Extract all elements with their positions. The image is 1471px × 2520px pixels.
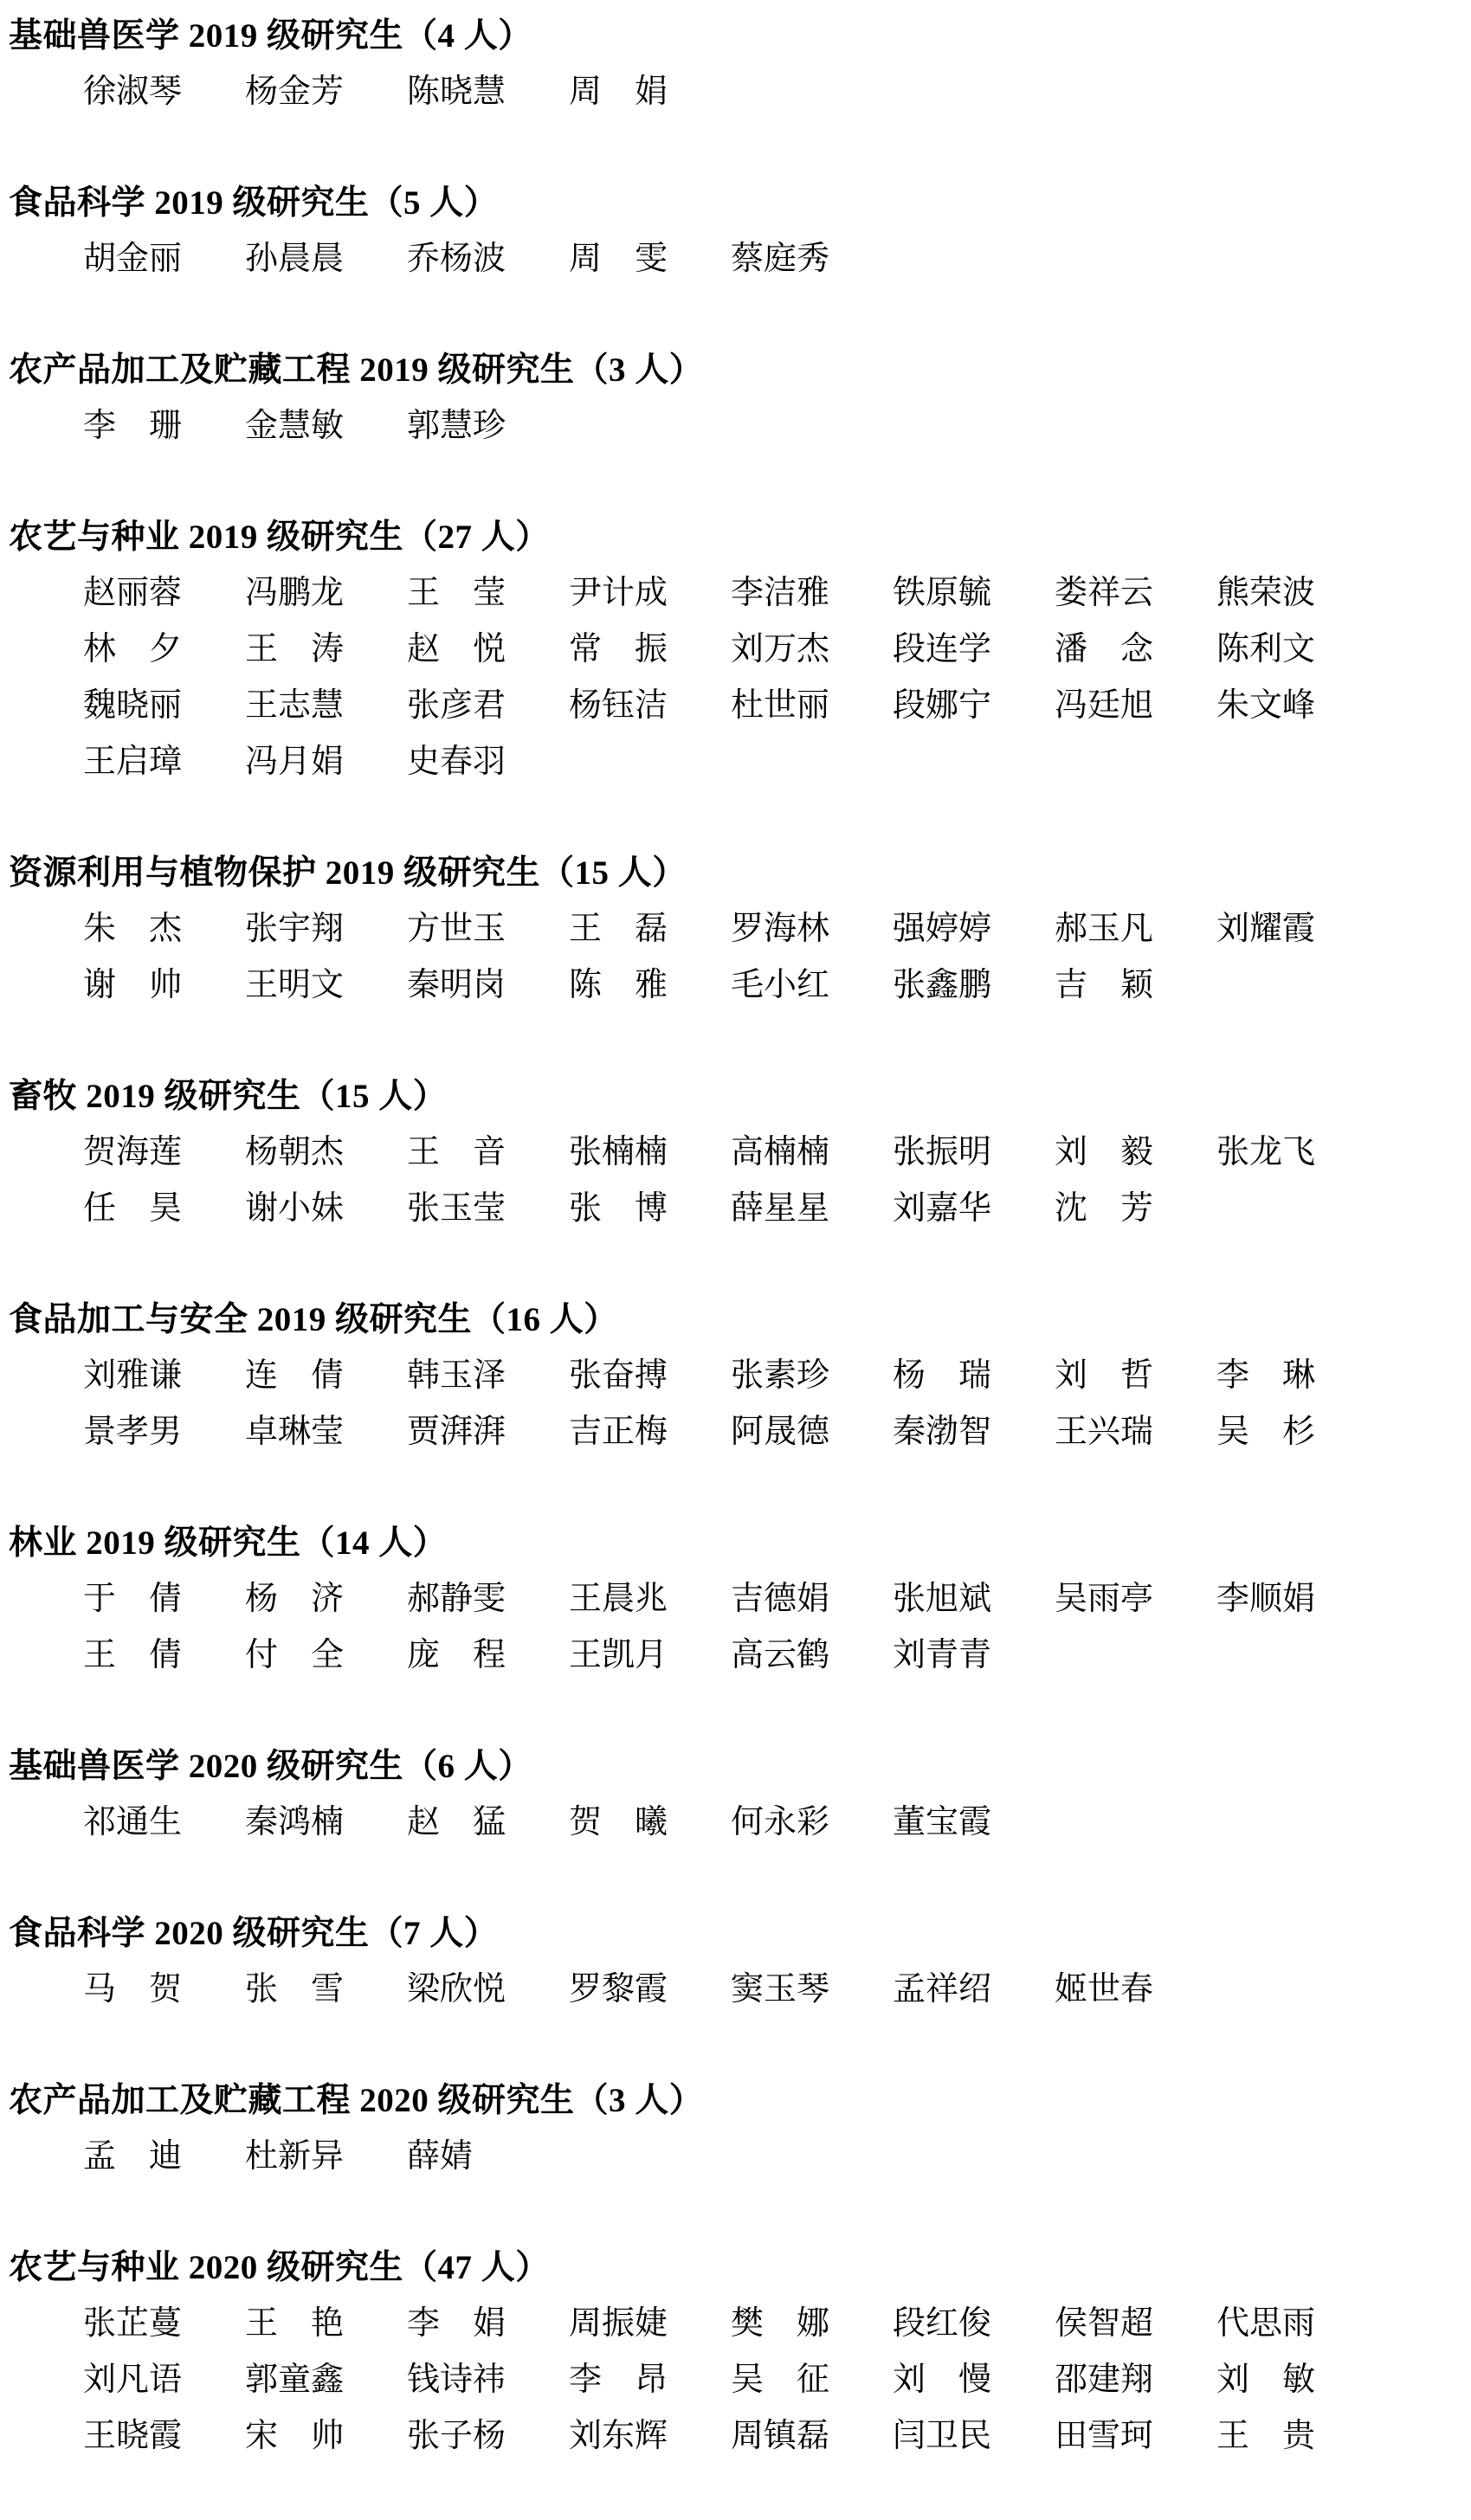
student-name: 周镇磊	[731, 2408, 893, 2465]
name-row: 祁通生秦鸿楠赵 猛贺 曦何永彩董宝霞	[0, 1795, 1471, 1851]
student-name: 朱文峰	[1216, 678, 1378, 734]
student-name: 徐淑琴	[83, 64, 245, 120]
student-name: 史春羽	[407, 734, 569, 790]
student-name: 祁通生	[83, 1795, 245, 1851]
student-name: 贺海莲	[83, 1125, 245, 1181]
student-name: 刘 慢	[893, 2352, 1055, 2408]
student-name: 樊 娜	[731, 2296, 893, 2352]
section-title: 资源利用与植物保护 2019 级研究生（15 人）	[0, 846, 1471, 901]
student-name: 连 倩	[245, 1348, 407, 1404]
student-name: 于 倩	[83, 1571, 245, 1627]
student-name: 郝玉凡	[1055, 901, 1216, 957]
student-name: 刘凡语	[83, 2352, 245, 2408]
name-row: 王启璋冯月娟史春羽	[0, 734, 1471, 790]
roster-section: 农产品加工及贮藏工程 2019 级研究生（3 人）李 珊金慧敏郭慧珍	[0, 343, 1471, 454]
student-name: 常 振	[569, 622, 731, 678]
student-name: 张玉莹	[407, 1181, 569, 1237]
section-title: 畜牧 2019 级研究生（15 人）	[0, 1069, 1471, 1125]
student-name: 张楠楠	[569, 1125, 731, 1181]
student-name: 刘东辉	[569, 2408, 731, 2465]
student-name: 段连学	[893, 622, 1055, 678]
student-name: 景孝男	[83, 1404, 245, 1460]
student-name: 方世玉	[407, 901, 569, 957]
student-name: 田雪珂	[1055, 2408, 1216, 2465]
student-name: 郭慧珍	[407, 398, 569, 454]
name-row: 王 倩付 全庞 程王凯月高云鹤刘青青	[0, 1627, 1471, 1684]
student-name: 张 雪	[245, 1962, 407, 2018]
student-name: 吉正梅	[569, 1404, 731, 1460]
student-name: 王晓霞	[83, 2408, 245, 2465]
student-name: 王 艳	[245, 2296, 407, 2352]
student-name: 张宇翔	[245, 901, 407, 957]
student-name: 王 倩	[83, 1627, 245, 1684]
name-row: 于 倩杨 济郝静雯王晨兆吉德娟张旭斌吴雨亭李顺娟	[0, 1571, 1471, 1627]
document-page: 基础兽医学 2019 级研究生（4 人）徐淑琴杨金芳陈晓慧周 娟食品科学 201…	[0, 0, 1471, 2520]
student-name: 周振婕	[569, 2296, 731, 2352]
student-name: 潘 念	[1055, 622, 1216, 678]
student-name: 任 昊	[83, 1181, 245, 1237]
roster-section: 农艺与种业 2019 级研究生（27 人）赵丽蓉冯鹏龙王 莹尹计成李洁雅铁原毓娄…	[0, 510, 1471, 790]
student-name: 李 珊	[83, 398, 245, 454]
student-name: 孟 迪	[83, 2129, 245, 2185]
student-name: 高云鹤	[731, 1627, 893, 1684]
student-name: 张奋搏	[569, 1348, 731, 1404]
student-name: 王明文	[245, 957, 407, 1014]
student-name: 赵 猛	[407, 1795, 569, 1851]
student-name: 吴雨亭	[1055, 1571, 1216, 1627]
student-name: 周 雯	[569, 231, 731, 287]
student-name: 杨朝杰	[245, 1125, 407, 1181]
student-name: 林 夕	[83, 622, 245, 678]
student-name: 王 涛	[245, 622, 407, 678]
student-name: 吴 杉	[1216, 1404, 1378, 1460]
name-row: 胡金丽孙晨晨乔杨波周 雯蔡庭秀	[0, 231, 1471, 287]
student-name: 孙晨晨	[245, 231, 407, 287]
student-name: 吉 颖	[1055, 957, 1216, 1014]
student-name: 刘雅谦	[83, 1348, 245, 1404]
student-name: 毛小红	[731, 957, 893, 1014]
student-name: 段娜宁	[893, 678, 1055, 734]
student-name: 代思雨	[1216, 2296, 1378, 2352]
student-name: 陈 雅	[569, 957, 731, 1014]
student-name: 张旭斌	[893, 1571, 1055, 1627]
student-name: 强婷婷	[893, 901, 1055, 957]
student-name: 张龙飞	[1216, 1125, 1378, 1181]
section-title: 农艺与种业 2020 级研究生（47 人）	[0, 2240, 1471, 2296]
student-name: 刘青青	[893, 1627, 1055, 1684]
student-name: 刘万杰	[731, 622, 893, 678]
name-row: 马 贺张 雪梁欣悦罗黎霞窦玉琴孟祥绍姬世春	[0, 1962, 1471, 2018]
student-name: 谢 帅	[83, 957, 245, 1014]
section-title: 食品科学 2019 级研究生（5 人）	[0, 176, 1471, 231]
roster-section: 食品加工与安全 2019 级研究生（16 人）刘雅谦连 倩韩玉泽张奋搏张素珍杨 …	[0, 1292, 1471, 1460]
student-name: 宋 帅	[245, 2408, 407, 2465]
student-name: 王兴瑞	[1055, 1404, 1216, 1460]
student-name: 刘耀霞	[1216, 901, 1378, 957]
student-name: 冯月娟	[245, 734, 407, 790]
student-name: 尹计成	[569, 565, 731, 622]
student-name: 李洁雅	[731, 565, 893, 622]
student-name: 付 全	[245, 1627, 407, 1684]
student-name: 王晨兆	[569, 1571, 731, 1627]
name-row: 朱 杰张宇翔方世玉王 磊罗海林强婷婷郝玉凡刘耀霞	[0, 901, 1471, 957]
student-name: 秦明岗	[407, 957, 569, 1014]
student-name: 梁欣悦	[407, 1962, 569, 2018]
student-name: 罗海林	[731, 901, 893, 957]
student-name: 朱 杰	[83, 901, 245, 957]
student-name: 贺 曦	[569, 1795, 731, 1851]
student-name: 孟祥绍	[893, 1962, 1055, 2018]
roster-section: 资源利用与植物保护 2019 级研究生（15 人）朱 杰张宇翔方世玉王 磊罗海林…	[0, 846, 1471, 1014]
student-name: 邵建翔	[1055, 2352, 1216, 2408]
name-row: 赵丽蓉冯鹏龙王 莹尹计成李洁雅铁原毓娄祥云熊荣波	[0, 565, 1471, 622]
section-title: 农产品加工及贮藏工程 2020 级研究生（3 人）	[0, 2073, 1471, 2129]
student-name: 张子杨	[407, 2408, 569, 2465]
student-name: 李 娟	[407, 2296, 569, 2352]
student-name: 王 磊	[569, 901, 731, 957]
student-name: 乔杨波	[407, 231, 569, 287]
name-row: 刘凡语郭童鑫钱诗祎李 昂吴 征刘 慢邵建翔刘 敏	[0, 2352, 1471, 2408]
student-name: 闫卫民	[893, 2408, 1055, 2465]
student-name: 卓琳莹	[245, 1404, 407, 1460]
student-name: 赵丽蓉	[83, 565, 245, 622]
student-name: 张素珍	[731, 1348, 893, 1404]
student-name: 段红俊	[893, 2296, 1055, 2352]
student-name: 王 莹	[407, 565, 569, 622]
student-name: 侯智超	[1055, 2296, 1216, 2352]
student-name: 张鑫鹏	[893, 957, 1055, 1014]
student-name: 娄祥云	[1055, 565, 1216, 622]
student-name: 窦玉琴	[731, 1962, 893, 2018]
roster-section: 农艺与种业 2020 级研究生（47 人）张芷蔓王 艳李 娟周振婕樊 娜段红俊侯…	[0, 2240, 1471, 2465]
student-name: 刘 毅	[1055, 1125, 1216, 1181]
student-name: 李 琳	[1216, 1348, 1378, 1404]
student-name: 冯廷旭	[1055, 678, 1216, 734]
name-row: 谢 帅王明文秦明岗陈 雅毛小红张鑫鹏吉 颖	[0, 957, 1471, 1014]
student-name: 董宝霞	[893, 1795, 1055, 1851]
name-row: 李 珊金慧敏郭慧珍	[0, 398, 1471, 454]
student-name: 刘嘉华	[893, 1181, 1055, 1237]
student-name: 杨 济	[245, 1571, 407, 1627]
name-row: 孟 迪杜新异薛婧	[0, 2129, 1471, 2185]
student-name: 王 贵	[1216, 2408, 1378, 2465]
name-row: 贺海莲杨朝杰王 音张楠楠高楠楠张振明刘 毅张龙飞	[0, 1125, 1471, 1181]
student-name: 何永彩	[731, 1795, 893, 1851]
student-name: 李 昂	[569, 2352, 731, 2408]
student-name: 高楠楠	[731, 1125, 893, 1181]
student-name: 吴 征	[731, 2352, 893, 2408]
name-row: 魏晓丽王志慧张彦君杨钰洁杜世丽段娜宁冯廷旭朱文峰	[0, 678, 1471, 734]
section-title: 林业 2019 级研究生（14 人）	[0, 1516, 1471, 1571]
student-name: 杨金芳	[245, 64, 407, 120]
student-name: 郝静雯	[407, 1571, 569, 1627]
student-name: 贾湃湃	[407, 1404, 569, 1460]
section-title: 农艺与种业 2019 级研究生（27 人）	[0, 510, 1471, 565]
student-name: 马 贺	[83, 1962, 245, 2018]
student-name: 张芷蔓	[83, 2296, 245, 2352]
student-name: 刘 哲	[1055, 1348, 1216, 1404]
student-name: 吉德娟	[731, 1571, 893, 1627]
student-name: 赵 悦	[407, 622, 569, 678]
student-name: 魏晓丽	[83, 678, 245, 734]
student-name: 杜新异	[245, 2129, 407, 2185]
student-name: 杨 瑞	[893, 1348, 1055, 1404]
section-title: 农产品加工及贮藏工程 2019 级研究生（3 人）	[0, 343, 1471, 398]
student-name: 郭童鑫	[245, 2352, 407, 2408]
student-name: 杨钰洁	[569, 678, 731, 734]
student-name: 张 博	[569, 1181, 731, 1237]
name-row: 张芷蔓王 艳李 娟周振婕樊 娜段红俊侯智超代思雨	[0, 2296, 1471, 2352]
student-name: 周 娟	[569, 64, 731, 120]
student-name: 熊荣波	[1216, 565, 1378, 622]
student-name: 薛星星	[731, 1181, 893, 1237]
student-name: 阿晟德	[731, 1404, 893, 1460]
student-name: 谢小妹	[245, 1181, 407, 1237]
roster-section: 林业 2019 级研究生（14 人）于 倩杨 济郝静雯王晨兆吉德娟张旭斌吴雨亭李…	[0, 1516, 1471, 1684]
student-name: 蔡庭秀	[731, 231, 893, 287]
student-name: 铁原毓	[893, 565, 1055, 622]
student-name: 王启璋	[83, 734, 245, 790]
student-name: 张振明	[893, 1125, 1055, 1181]
roster-section: 食品科学 2020 级研究生（7 人）马 贺张 雪梁欣悦罗黎霞窦玉琴孟祥绍姬世春	[0, 1906, 1471, 2018]
name-row: 徐淑琴杨金芳陈晓慧周 娟	[0, 64, 1471, 120]
student-name: 杜世丽	[731, 678, 893, 734]
student-name: 冯鹏龙	[245, 565, 407, 622]
roster-section: 农产品加工及贮藏工程 2020 级研究生（3 人）孟 迪杜新异薛婧	[0, 2073, 1471, 2185]
name-row: 林 夕王 涛赵 悦常 振刘万杰段连学潘 念陈利文	[0, 622, 1471, 678]
student-name: 秦渤智	[893, 1404, 1055, 1460]
section-title: 食品科学 2020 级研究生（7 人）	[0, 1906, 1471, 1962]
student-name: 秦鸿楠	[245, 1795, 407, 1851]
student-name: 姬世春	[1055, 1962, 1216, 2018]
section-title: 基础兽医学 2019 级研究生（4 人）	[0, 9, 1471, 64]
name-row: 刘雅谦连 倩韩玉泽张奋搏张素珍杨 瑞刘 哲李 琳	[0, 1348, 1471, 1404]
roster-section: 基础兽医学 2020 级研究生（6 人）祁通生秦鸿楠赵 猛贺 曦何永彩董宝霞	[0, 1739, 1471, 1851]
student-name: 胡金丽	[83, 231, 245, 287]
name-row: 景孝男卓琳莹贾湃湃吉正梅阿晟德秦渤智王兴瑞吴 杉	[0, 1404, 1471, 1460]
section-title: 基础兽医学 2020 级研究生（6 人）	[0, 1739, 1471, 1795]
section-title: 食品加工与安全 2019 级研究生（16 人）	[0, 1292, 1471, 1348]
student-name: 张彦君	[407, 678, 569, 734]
student-name: 薛婧	[407, 2129, 569, 2185]
student-name: 王 音	[407, 1125, 569, 1181]
student-name: 庞 程	[407, 1627, 569, 1684]
student-name: 罗黎霞	[569, 1962, 731, 2018]
roster-section: 畜牧 2019 级研究生（15 人）贺海莲杨朝杰王 音张楠楠高楠楠张振明刘 毅张…	[0, 1069, 1471, 1237]
student-name: 韩玉泽	[407, 1348, 569, 1404]
name-row: 王晓霞宋 帅张子杨刘东辉周镇磊闫卫民田雪珂王 贵	[0, 2408, 1471, 2465]
student-name: 钱诗祎	[407, 2352, 569, 2408]
roster-section: 食品科学 2019 级研究生（5 人）胡金丽孙晨晨乔杨波周 雯蔡庭秀	[0, 176, 1471, 287]
student-name: 王志慧	[245, 678, 407, 734]
student-name: 陈利文	[1216, 622, 1378, 678]
student-name: 金慧敏	[245, 398, 407, 454]
roster-section: 基础兽医学 2019 级研究生（4 人）徐淑琴杨金芳陈晓慧周 娟	[0, 9, 1471, 120]
student-name: 刘 敏	[1216, 2352, 1378, 2408]
name-row: 任 昊谢小妹张玉莹张 博薛星星刘嘉华沈 芳	[0, 1181, 1471, 1237]
student-name: 陈晓慧	[407, 64, 569, 120]
student-name: 李顺娟	[1216, 1571, 1378, 1627]
student-name: 沈 芳	[1055, 1181, 1216, 1237]
student-name: 王凯月	[569, 1627, 731, 1684]
